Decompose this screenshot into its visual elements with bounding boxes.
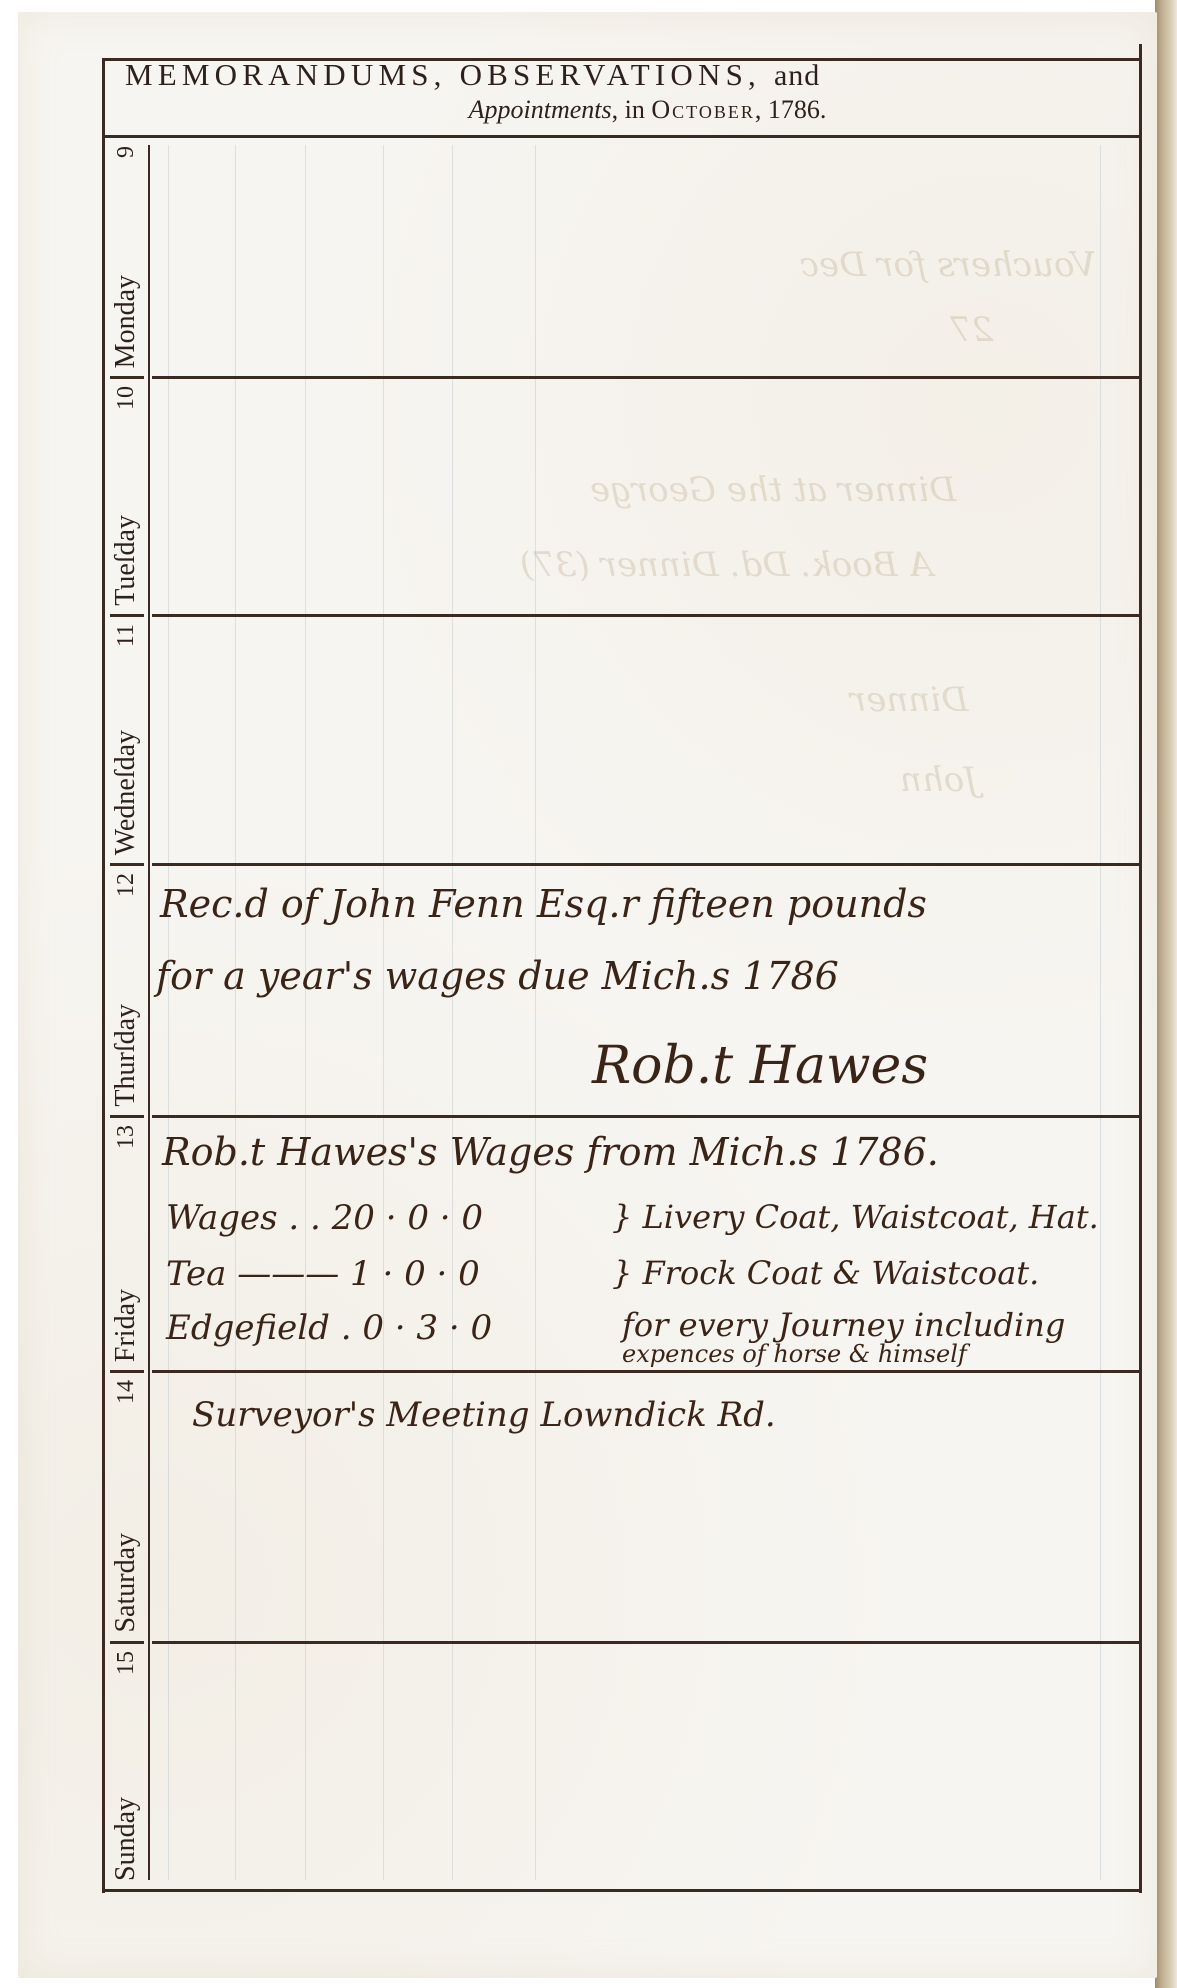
day-label-saturday: 14 Saturday [104, 1374, 148, 1641]
day-number: 15 [113, 1651, 139, 1675]
day-name: Wedneſday [104, 730, 148, 855]
wages-note-frock: } Frock Coat & Waistcoat. [612, 1254, 1039, 1292]
day-label-tuesday: 10 Tueſday [104, 380, 148, 614]
title-month: October [651, 95, 754, 124]
day-column-rule [148, 145, 150, 1880]
day-name: Saturday [104, 1533, 148, 1633]
day-label-monday: 9 Monday [104, 140, 148, 376]
day-cell-tuesday [152, 379, 1138, 614]
day-cell-thursday: Rec.d of John Fenn Esq.r fifteen pounds … [152, 866, 1138, 1115]
day-name: Monday [104, 275, 148, 368]
receipt-signature: Rob.t Hawes [592, 1036, 928, 1096]
title-in: , in [612, 95, 652, 124]
day-separator-tick [110, 376, 144, 379]
book-gutter [1155, 0, 1177, 1988]
day-number: 9 [113, 146, 139, 158]
day-separator-tick [110, 1370, 144, 1373]
day-separator-tick [110, 863, 144, 866]
surveyor-meeting-note: Surveyor's Meeting Lowndick Rd. [192, 1395, 776, 1435]
title-appointments: Appointments [469, 95, 612, 124]
title-year: , 1786. [755, 95, 827, 124]
day-cell-monday [152, 140, 1138, 376]
wages-note-journey: for every Journey including [622, 1306, 1065, 1344]
wages-row-wages: Wages . . 20 · 0 · 0 [166, 1198, 483, 1238]
day-number: 14 [113, 1380, 139, 1404]
title-line-1: MEMORANDUMS, OBSERVATIONS, and [125, 56, 1130, 95]
wages-note-expences: expences of horse & himself [622, 1340, 967, 1368]
day-label-thursday: 12 Thurſday [104, 867, 148, 1115]
day-separator-tick [110, 1115, 144, 1118]
wages-row-tea: Tea ——— 1 · 0 · 0 [166, 1254, 480, 1294]
day-name: Tueſday [104, 515, 148, 606]
day-name: Friday [104, 1289, 148, 1362]
day-separator-tick [110, 614, 144, 617]
day-number: 11 [113, 624, 139, 647]
page-title: MEMORANDUMS, OBSERVATIONS, and Appointme… [125, 56, 1130, 125]
frame-bottom-rule [102, 1889, 1142, 1892]
day-cell-saturday: Surveyor's Meeting Lowndick Rd. [152, 1373, 1138, 1641]
frame-right-rule [1139, 44, 1142, 1893]
title-and: and [774, 59, 820, 92]
header-rule [102, 135, 1140, 138]
wages-note-livery: } Livery Coat, Waistcoat, Hat. [612, 1198, 1099, 1236]
day-cell-friday: Rob.t Hawes's Wages from Mich.s 1786. Wa… [152, 1118, 1138, 1370]
day-label-wednesday: 11 Wedneſday [104, 618, 148, 863]
day-name: Thurſday [104, 1004, 148, 1107]
title-main: MEMORANDUMS, OBSERVATIONS, [125, 57, 761, 92]
day-cell-sunday [152, 1644, 1138, 1889]
wages-row-edgefield: Edgefield . 0 · 3 · 0 [166, 1308, 492, 1348]
day-cell-wednesday [152, 617, 1138, 863]
wages-heading: Rob.t Hawes's Wages from Mich.s 1786. [162, 1130, 939, 1174]
day-label-sunday: 15 Sunday [104, 1645, 148, 1889]
receipt-line-1: Rec.d of John Fenn Esq.r fifteen pounds [160, 882, 927, 926]
day-number: 12 [113, 873, 139, 897]
receipt-line-2: for a year's wages due Mich.s 1786 [156, 954, 839, 998]
day-name: Sunday [104, 1797, 148, 1881]
day-number: 10 [113, 386, 139, 410]
title-line-2: Appointments, in October, 1786. [125, 95, 1130, 125]
day-separator-tick [110, 1641, 144, 1644]
day-number: 13 [113, 1125, 139, 1149]
day-label-friday: 13 Friday [104, 1119, 148, 1370]
